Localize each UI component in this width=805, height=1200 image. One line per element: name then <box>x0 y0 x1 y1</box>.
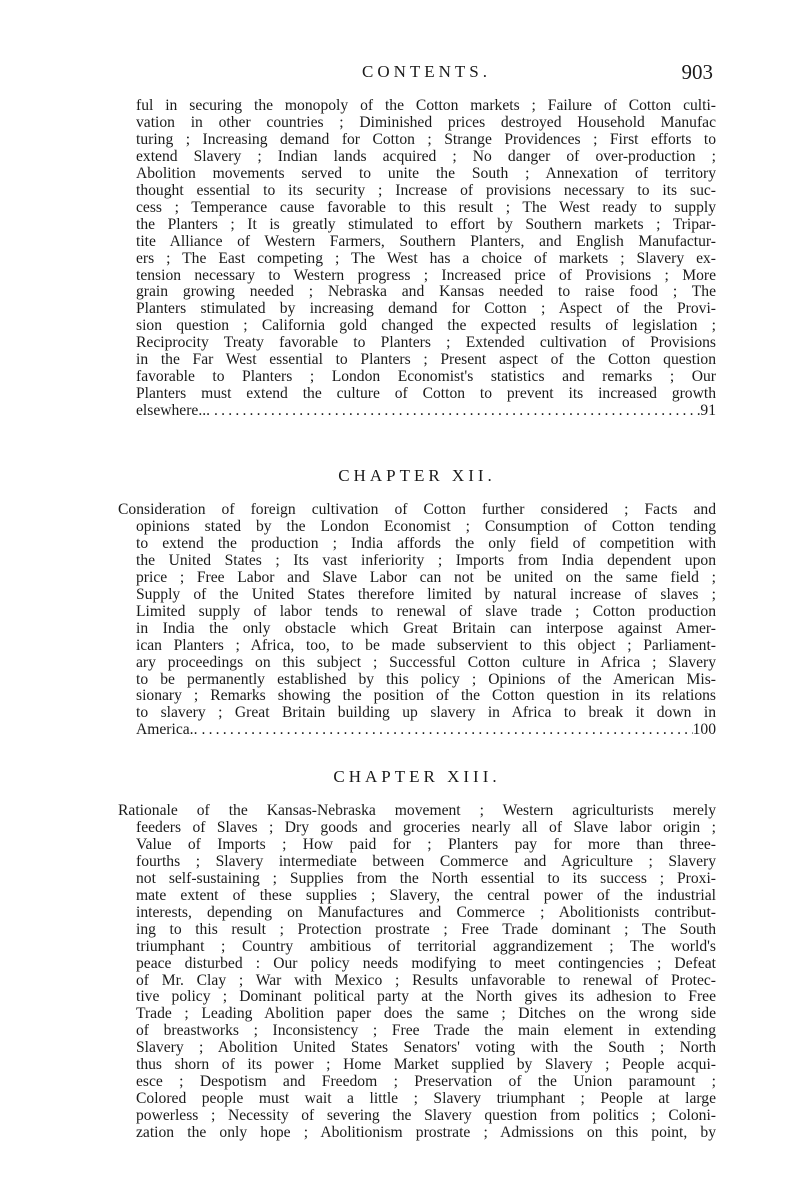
entry-line: ican Planters ; Africa, too, to be made … <box>118 638 716 655</box>
dot-leader: ........................................… <box>210 403 700 420</box>
entry-line: tension necessary to Western progress ; … <box>136 268 716 285</box>
entry-line: to slavery ; Great Britain building up s… <box>118 705 716 722</box>
entry-line: America.. <box>136 722 197 739</box>
running-title: CONTENTS. <box>140 62 713 82</box>
entry-line: Supply of the United States therefore li… <box>118 587 716 604</box>
entry-line: Colored people must wait a little ; Slav… <box>118 1091 716 1108</box>
entry-line: esce ; Despotism and Freedom ; Preservat… <box>118 1074 716 1091</box>
entry-line: to be permanently established by this po… <box>118 672 716 689</box>
entry-line: elsewhere... <box>136 403 210 420</box>
chapter-xiii-summary: Rationale of the Kansas-Nebraska movemen… <box>118 803 716 1142</box>
entry-line: ary proceedings on this subject ; Succes… <box>118 655 716 672</box>
entry-line: grain growing needed ; Nebraska and Kans… <box>136 284 716 301</box>
entry-line: powerless ; Necessity of severing the Sl… <box>118 1108 716 1125</box>
entry-line: the Planters ; It is greatly stimulated … <box>136 217 716 234</box>
entry-line: Value of Imports ; How paid for ; Plante… <box>118 837 716 854</box>
entry-line: thought essential to its security ; Incr… <box>136 183 716 200</box>
chapter-heading: CHAPTER XII. <box>118 466 716 486</box>
entry-line: Rationale of the Kansas-Nebraska movemen… <box>118 803 716 820</box>
entry-line: the United States ; Its vast inferiority… <box>118 553 716 570</box>
entry-line: Planters must extend the culture of Cott… <box>136 386 716 403</box>
entry-line: zation the only hope ; Abolitionism pros… <box>118 1125 716 1142</box>
entry-line: Limited supply of labor tends to renewal… <box>118 604 716 621</box>
entry-line: ful in securing the monopoly of the Cott… <box>136 98 716 115</box>
entry-page-number: 91 <box>700 403 716 420</box>
entry-line: Trade ; Leading Abolition paper does the… <box>118 1006 716 1023</box>
entry-line: vation in other countries ; Diminished p… <box>136 115 716 132</box>
entry-line: sion question ; California gold changed … <box>136 318 716 335</box>
entry-line: sionary ; Remarks showing the position o… <box>118 688 716 705</box>
entry-line: cess ; Temperance cause favorable to thi… <box>136 200 716 217</box>
running-head: CONTENTS. 903 <box>140 60 713 86</box>
entry-line: fourths ; Slavery intermediate between C… <box>118 854 716 871</box>
leader-line: elsewhere... ...........................… <box>136 403 716 420</box>
entry-line: Reciprocity Treaty favorable to Planters… <box>136 335 716 352</box>
contents-entry: ful in securing the monopoly of the Cott… <box>118 98 716 420</box>
leader-line: America.. ..............................… <box>118 722 716 739</box>
entry-line: Slavery ; Abolition United States Senato… <box>118 1040 716 1057</box>
entry-line: triumphant ; Country ambitious of territ… <box>118 939 716 956</box>
entry-line: price ; Free Labor and Slave Labor can n… <box>118 570 716 587</box>
entry-line: turing ; Increasing demand for Cotton ; … <box>136 132 716 149</box>
entry-line: extend Slavery ; Indian lands acquired ;… <box>136 149 716 166</box>
contents-entry: Consideration of foreign cultivation of … <box>118 502 716 739</box>
chapter-xi-continuation: ful in securing the monopoly of the Cott… <box>118 98 716 420</box>
entry-line: opinions stated by the London Economist … <box>118 519 716 536</box>
page-number: 903 <box>682 60 714 85</box>
entry-line: thus shorn of its power ; Home Market su… <box>118 1057 716 1074</box>
entry-line: Consideration of foreign cultivation of … <box>118 502 716 519</box>
entry-line: to extend the production ; India affords… <box>118 536 716 553</box>
chapter-xii-summary: Consideration of foreign cultivation of … <box>118 502 716 739</box>
entry-line: interests, depending on Manufactures and… <box>118 905 716 922</box>
entry-line: mate extent of these supplies ; Slavery,… <box>118 888 716 905</box>
book-page: CONTENTS. 903 ful in securing the monopo… <box>0 0 805 1200</box>
entry-line: in the Far West essential to Planters ; … <box>136 352 716 369</box>
entry-line: favorable to Planters ; London Economist… <box>136 369 716 386</box>
chapter-heading: CHAPTER XIII. <box>118 767 716 787</box>
entry-line: Abolition movements served to unite the … <box>136 166 716 183</box>
dot-leader: ........................................… <box>197 722 692 739</box>
entry-line: of Mr. Clay ; War with Mexico ; Results … <box>118 973 716 990</box>
contents-entry: Rationale of the Kansas-Nebraska movemen… <box>118 803 716 1142</box>
entry-line: not self-sustaining ; Supplies from the … <box>118 871 716 888</box>
entry-line: feeders of Slaves ; Dry goods and grocer… <box>118 820 716 837</box>
entry-line: in India the only obstacle which Great B… <box>118 621 716 638</box>
entry-line: tive policy ; Dominant political party a… <box>118 989 716 1006</box>
entry-line: peace disturbed : Our policy needs modif… <box>118 956 716 973</box>
entry-page-number: 100 <box>693 722 716 739</box>
entry-line: of breastworks ; Inconsistency ; Free Tr… <box>118 1023 716 1040</box>
entry-line: ing to this result ; Protection prostrat… <box>118 922 716 939</box>
entry-line: tite Alliance of Western Farmers, Southe… <box>136 234 716 251</box>
entry-line: ers ; The East competing ; The West has … <box>136 251 716 268</box>
entry-line: Planters stimulated by increasing demand… <box>136 301 716 318</box>
